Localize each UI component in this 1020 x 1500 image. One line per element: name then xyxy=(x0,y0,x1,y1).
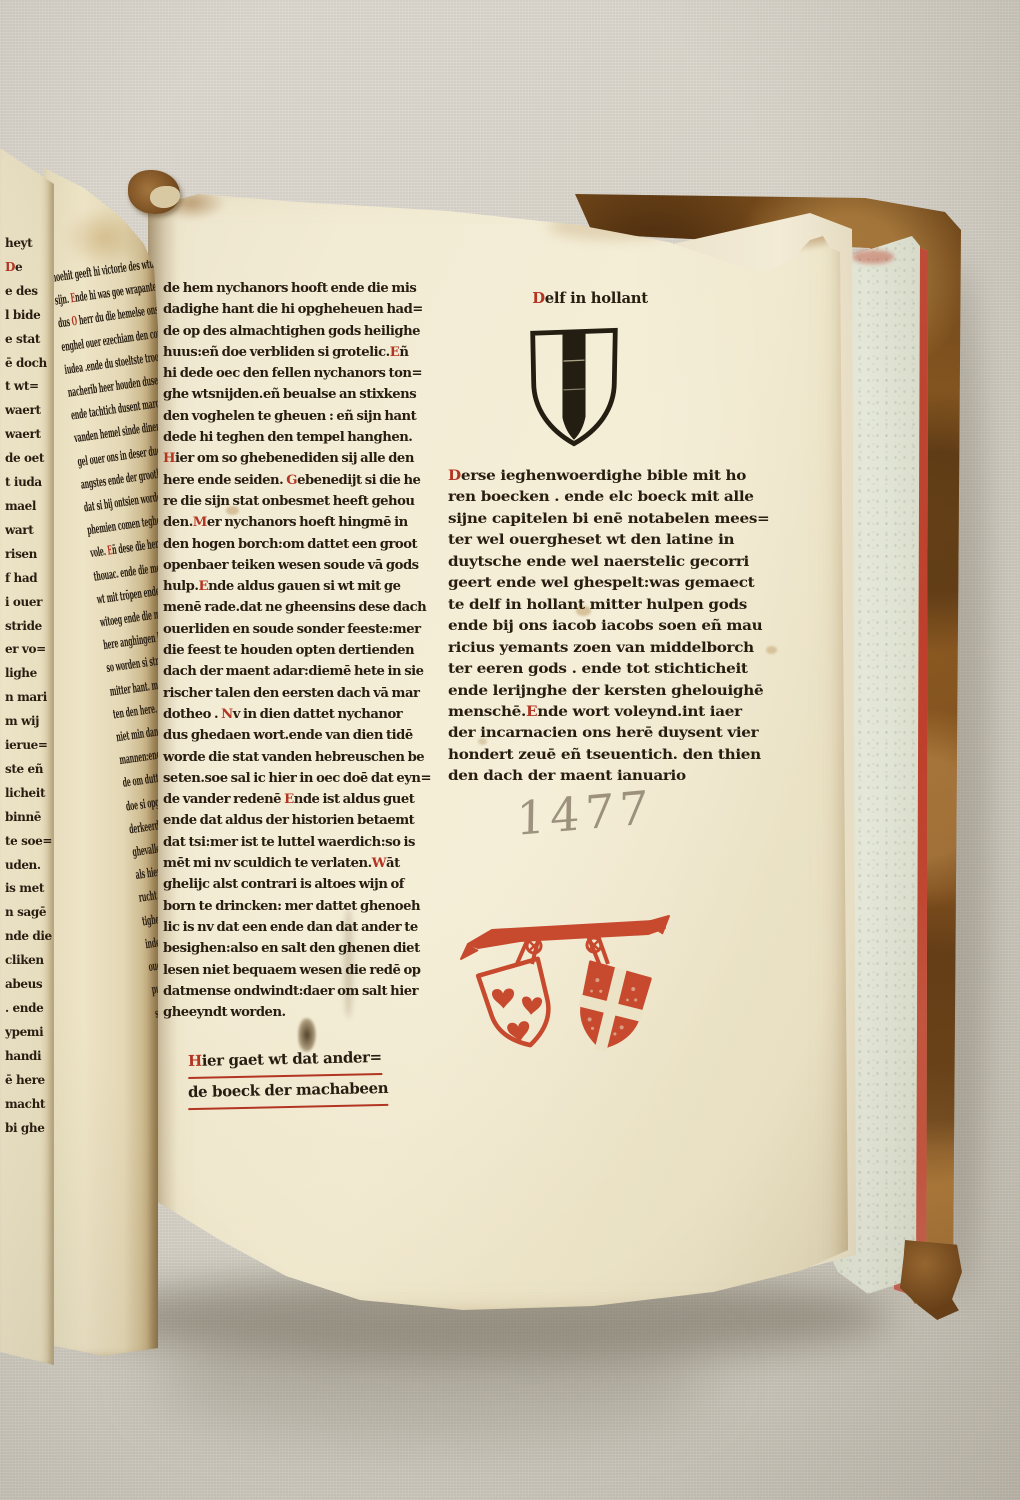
flyleaf-red-smudge xyxy=(852,250,894,264)
text-line: born te drincken: mer dattet ghenoeh xyxy=(163,896,409,917)
text-fragment: ierue= xyxy=(5,734,53,758)
text-line: den.Mer nychanors hoeft hingmē in xyxy=(163,512,409,533)
explicit-colophon-lines: Hier gaet wt dat ander= de boeck der mac… xyxy=(188,1046,388,1107)
text-fragment: e stat xyxy=(5,328,53,352)
text-line: hi dede oec den fellen nychanors ton= xyxy=(163,363,409,384)
text-fragment: uden. xyxy=(5,854,53,878)
recto-page: de hem nychanors hooft ende die misdadig… xyxy=(148,178,854,1328)
text-line: ouerliden en soude sonder feeste:mer xyxy=(163,619,409,640)
text-fragment: waert xyxy=(5,399,53,423)
text-line: datmense ondwindt:daer om salt hier xyxy=(163,981,409,1002)
curved-verso-page: noehit geeft hi victorie des wtuercōsijn… xyxy=(44,148,158,1358)
text-line: menschē.Ende wort voleynd.int iaer xyxy=(448,702,801,723)
text-fragment: is met xyxy=(5,877,53,901)
text-fragment: lighe xyxy=(5,662,53,686)
text-fragment: risen xyxy=(5,543,53,567)
frayed-leather-corner xyxy=(900,1240,962,1320)
leftmost-page-sliver: heytDee desl bidee statē docht wt=waertw… xyxy=(0,140,54,1365)
text-line: dus ghedaen wort.ende van dien tidē xyxy=(163,725,409,746)
photo-scene: de hem nychanors hooft ende die misdadig… xyxy=(0,0,1020,1500)
text-line: de op des almachtighen gods heilighe xyxy=(163,321,409,342)
text-fragment: f had xyxy=(5,567,53,591)
text-fragment: abeus xyxy=(5,973,53,997)
left-text-column: de hem nychanors hooft ende die misdadig… xyxy=(163,278,409,1023)
text-line: der incarnacien ons herē duysent vier xyxy=(448,723,801,744)
text-line: hondert zeuē eñ tseuentich. den thien xyxy=(448,745,801,766)
red-underlined-text: de boeck der machabeen xyxy=(188,1074,389,1109)
text-fragment: binnē xyxy=(5,806,53,830)
text-fragment: ypemi xyxy=(5,1021,53,1045)
text-line: re die sijn stat onbesmet heeft gehou xyxy=(163,491,409,512)
text-line: ter wel ouergheset wt den latine in xyxy=(448,530,801,551)
text-fragment: ē doch xyxy=(5,352,53,376)
text-line: mēt mi nv sculdich te verlaten.Wāt xyxy=(163,853,409,874)
text-line: ghe wtsnijden.eñ beualse an stixkens xyxy=(163,384,409,405)
text-fragment: wart xyxy=(5,519,53,543)
red-underlined-text: Hier gaet wt dat ander= xyxy=(188,1044,382,1079)
text-line: ghelijc alst contrari is altoes wijn of xyxy=(163,874,409,895)
text-fragment: de oet xyxy=(5,447,53,471)
text-line: seten.soe sal ic hier in oec doē dat eyn… xyxy=(163,768,409,789)
text-line: die feest te houden opten dertienden xyxy=(163,640,409,661)
text-line: here ende seiden. Gebenedijt si die he xyxy=(163,470,409,491)
text-fragment: ste eñ xyxy=(5,758,53,782)
text-fragment: . ende xyxy=(5,997,53,1021)
edge-text-fragments: heytDee desl bidee statē docht wt=waertw… xyxy=(5,232,53,1162)
text-fragment: te soe= xyxy=(5,830,53,854)
text-fragment: t iuda xyxy=(5,471,53,495)
text-line: Hier om so ghebenediden sij alle den xyxy=(163,448,409,469)
text-line: ende dat aldus der historien betaemt xyxy=(163,810,409,831)
text-fragment: nde die xyxy=(5,925,53,949)
text-line: dotheo . Nv in dien dattet nychanor xyxy=(163,704,409,725)
text-line: ende lerijnghe der kersten ghelouighē xyxy=(448,681,801,702)
delf-in-hollant-heading: Delf in hollant xyxy=(520,290,660,307)
text-line: menē rade.dat ne gheensins dese dach xyxy=(163,597,409,618)
text-line: huus:eñ doe verbliden si grotelic.Eñ xyxy=(163,342,409,363)
text-line: rischer talen den eersten dach vā mar xyxy=(163,683,409,704)
delft-arms-shield-icon xyxy=(526,326,622,448)
text-line: dadighe hant die hi opgheheuen had= xyxy=(163,299,409,320)
book-cast-shadow-soft xyxy=(150,1318,710,1438)
text-fragment: l bide xyxy=(5,304,53,328)
text-fragment: m wij xyxy=(5,710,53,734)
text-line: openbaer teiken wesen soude vā gods xyxy=(163,555,409,576)
text-line: hulp.Ende aldus gauen si wt mit ge xyxy=(163,576,409,597)
text-line: ter eeren gods . ende tot stichticheit xyxy=(448,659,801,680)
text-line: te delf in hollant mitter hulpen gods xyxy=(448,595,801,616)
text-fragment: n sagē xyxy=(5,901,53,925)
text-fragment: licheit xyxy=(5,782,53,806)
text-fragment: mael xyxy=(5,495,53,519)
text-fragment: t wt= xyxy=(5,375,53,399)
text-line: dat tsi:mer ist te luttel waerdich:so is xyxy=(163,832,409,853)
text-line: duytsche ende wel naerstelic gecorri xyxy=(448,552,801,573)
text-line: gheeyndt worden. xyxy=(163,1002,409,1023)
text-line: geert ende wel ghespelt:was gemaect xyxy=(448,573,801,594)
text-line: lesen niet bequaem wesen die redē op xyxy=(163,960,409,981)
text-line: ricius yemants zoen van middelborch xyxy=(448,638,801,659)
text-fragment: er vo= xyxy=(5,638,53,662)
text-line: Derse ieghenwoerdighe bible mit ho xyxy=(448,466,801,487)
printer-device-icon xyxy=(458,904,676,1066)
colophon-text-column: Derse ieghenwoerdighe bible mit horen bo… xyxy=(448,466,801,788)
text-line: den hogen borch:om dattet een groot xyxy=(163,534,409,555)
text-line: dede hi teghen den tempel hanghen. xyxy=(163,427,409,448)
text-fragment: i ouer xyxy=(5,591,53,615)
text-fragment: De xyxy=(5,256,53,280)
text-line: lic is nv dat een ende dan dat ander te xyxy=(163,917,409,938)
explicit-line-1: Hier gaet wt dat ander= xyxy=(188,1046,388,1077)
text-line: ende bij ons iacob iacobs soen eñ mau xyxy=(448,616,801,637)
text-fragment: heyt xyxy=(5,232,53,256)
text-line: dach der maent adar:diemē hete in sie xyxy=(163,661,409,682)
text-line: de vander redenē Ende ist aldus guet xyxy=(163,789,409,810)
text-fragment: e des xyxy=(5,280,53,304)
text-fragment: ē here xyxy=(5,1069,53,1093)
text-fragment: n mari xyxy=(5,686,53,710)
text-fragment: handi xyxy=(5,1045,53,1069)
text-line: worde die stat vanden hebreuschen be xyxy=(163,747,409,768)
text-line: de hem nychanors hooft ende die mis xyxy=(163,278,409,299)
text-fragment: cliken xyxy=(5,949,53,973)
text-fragment: waert xyxy=(5,423,53,447)
text-fragment: stride xyxy=(5,615,53,639)
text-fragment: macht xyxy=(5,1093,53,1117)
text-line: besighen:also en salt den ghenen diet xyxy=(163,938,409,959)
text-line: den voghelen te gheuen : eñ sijn hant xyxy=(163,406,409,427)
explicit-line-2: de boeck der machabeen xyxy=(188,1077,388,1108)
handwritten-year: 1477 xyxy=(516,780,654,846)
text-line: sijne capitelen bi enē notabelen mees= xyxy=(448,509,801,530)
text-line: ren boecken . ende elc boeck mit alle xyxy=(448,487,801,508)
text-fragment: bi ghe xyxy=(5,1117,53,1141)
